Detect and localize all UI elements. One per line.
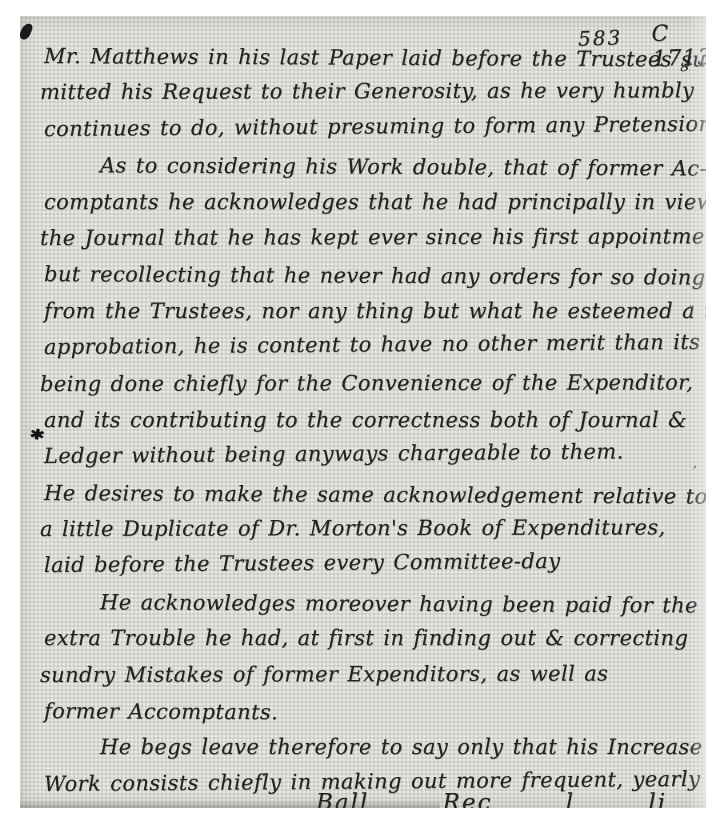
manuscript-line: laid before the Trustees every Committee… [44,548,700,590]
manuscript-line: being done chiefly for the Convenience o… [40,370,696,408]
manuscript-line: He begs leave therefore to say only that… [44,735,700,771]
manuscript-line: As to considering his Work double, that … [44,153,700,193]
manuscript-line: Ledger without being anyways chargeable … [44,439,700,481]
manuscript-line: approbation, he is content to have no ot… [44,330,700,372]
manuscript-line: continues to do, without presuming to fo… [44,112,700,154]
manuscript-line: but recollecting that he never had any o… [44,262,700,302]
photo-edge-smudge [20,800,440,808]
manuscript-line: mitted his Request to their Generosity, … [40,79,696,117]
manuscript-photo: 583 C 1713 ✱ Mr. Matthews in his last Pa… [20,16,706,808]
manuscript-line: He acknowledges moreover having been pai… [44,590,700,630]
manuscript-line: sundry Mistakes of former Expenditors, a… [40,661,696,699]
manuscript-line: extra Trouble he had, at first in findin… [44,626,700,662]
manuscript-line: comptants he acknowledges that he had pr… [44,190,700,226]
ink-speck: „ [688,296,695,311]
manuscript-line: He desires to make the same acknowledgem… [44,481,700,521]
manuscript-text: Mr. Matthews in his last Paper laid befo… [44,44,700,808]
manuscript-line: former Accomptants. [44,699,700,739]
ink-blot-top-left [20,22,34,42]
manuscript-line: the Journal that he has kept ever since … [40,224,696,262]
book-page: 583 C 1713 ✱ Mr. Matthews in his last Pa… [0,0,720,826]
